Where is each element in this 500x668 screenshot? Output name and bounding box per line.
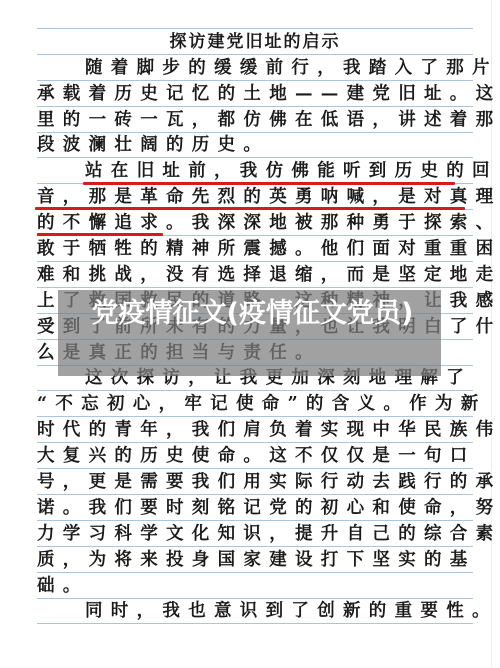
essay-line-3: 里的一砖一瓦，都仿佛在低语，讲述着那 (37, 106, 473, 132)
title-overlay-banner: 党疫情征文(疫情征文党员) (58, 290, 441, 376)
essay-title: 探访建党旧址的启示 (37, 32, 473, 52)
line-text: “不忘初心，牢记使命”的含义。作为新 (37, 394, 473, 414)
highlight-underline-2 (35, 207, 465, 210)
line-text: 质，为将来投身国家建设打下坚实的基 (37, 550, 473, 570)
overlay-title: 党疫情征文(疫情征文党员) (72, 298, 433, 330)
title-line: 探访建党旧址的启示 (37, 28, 473, 54)
essay-line-7: 的不懈追求。我深深地被那种勇于探索、 (37, 209, 473, 235)
essay-line-6: 音，那是革命先烈的英勇呐喊，是对真理 (37, 183, 473, 209)
line-text: 段波澜壮阔的历史。 (37, 135, 473, 155)
essay-line-8: 敢于牺牲的精神所震撼。他们面对重重困 (37, 235, 473, 261)
highlight-underline-3 (37, 233, 163, 236)
essay-line-14: “不忘初心，牢记使命”的含义。作为新 (37, 390, 473, 416)
line-text: 随着脚步的缓缓前行，我踏入了那片 (37, 58, 473, 78)
bottom-rule (37, 623, 473, 624)
line-text: 诺。我们要时刻铭记党的初心和使命，努 (37, 498, 473, 518)
essay-line-15: 时代的青年，我们肩负着实现中华民族伟 (37, 416, 473, 442)
line-text: 的不懈追求。我深深地被那种勇于探索、 (37, 213, 473, 233)
line-text: 难和挑战，没有选择退缩，而是坚定地走 (37, 265, 473, 285)
essay-page: 探访建党旧址的启示 随着脚步的缓缓前行，我踏入了那片 承载着历史记忆的土地——建… (0, 0, 500, 668)
essay-line-9: 难和挑战，没有选择退缩，而是坚定地走 (37, 261, 473, 287)
line-text: 时代的青年，我们肩负着实现中华民族伟 (37, 420, 473, 440)
essay-line-2: 承载着历史记忆的土地——建党旧址。这 (37, 80, 473, 106)
essay-line-4: 段波澜壮阔的历史。 (37, 132, 473, 158)
essay-line-18: 诺。我们要时刻铭记党的初心和使命，努 (37, 494, 473, 520)
line-text: 础。 (37, 576, 473, 596)
essay-line-19: 力学习科学文化知识，提升自己的综合素 (37, 520, 473, 546)
line-text: 力学习科学文化知识，提升自己的综合素 (37, 524, 473, 544)
essay-line-16: 大复兴的历史使命。这不仅仅是一句口 (37, 442, 473, 468)
essay-line-1: 随着脚步的缓缓前行，我踏入了那片 (37, 54, 473, 80)
essay-line-22: 同时，我也意识到了创新的重要性。 (37, 598, 473, 624)
line-text: 同时，我也意识到了创新的重要性。 (37, 601, 473, 621)
highlight-underline-1 (83, 182, 455, 185)
essay-line-17: 号，更是需要我们用实际行动去践行的承 (37, 468, 473, 494)
line-text: 站在旧址前，我仿佛能听到历史的回 (37, 161, 473, 181)
line-text: 里的一砖一瓦，都仿佛在低语，讲述着那 (37, 110, 473, 130)
line-text: 大复兴的历史使命。这不仅仅是一句口 (37, 446, 473, 466)
line-text: 号，更是需要我们用实际行动去践行的承 (37, 472, 473, 492)
essay-line-20: 质，为将来投身国家建设打下坚实的基 (37, 546, 473, 572)
line-text: 承载着历史记忆的土地——建党旧址。这 (37, 84, 473, 104)
line-text: 敢于牺牲的精神所震撼。他们面对重重困 (37, 239, 473, 259)
essay-line-5: 站在旧址前，我仿佛能听到历史的回 (37, 157, 473, 183)
essay-line-21: 础。 (37, 572, 473, 598)
line-text: 音，那是革命先烈的英勇呐喊，是对真理 (37, 187, 473, 207)
